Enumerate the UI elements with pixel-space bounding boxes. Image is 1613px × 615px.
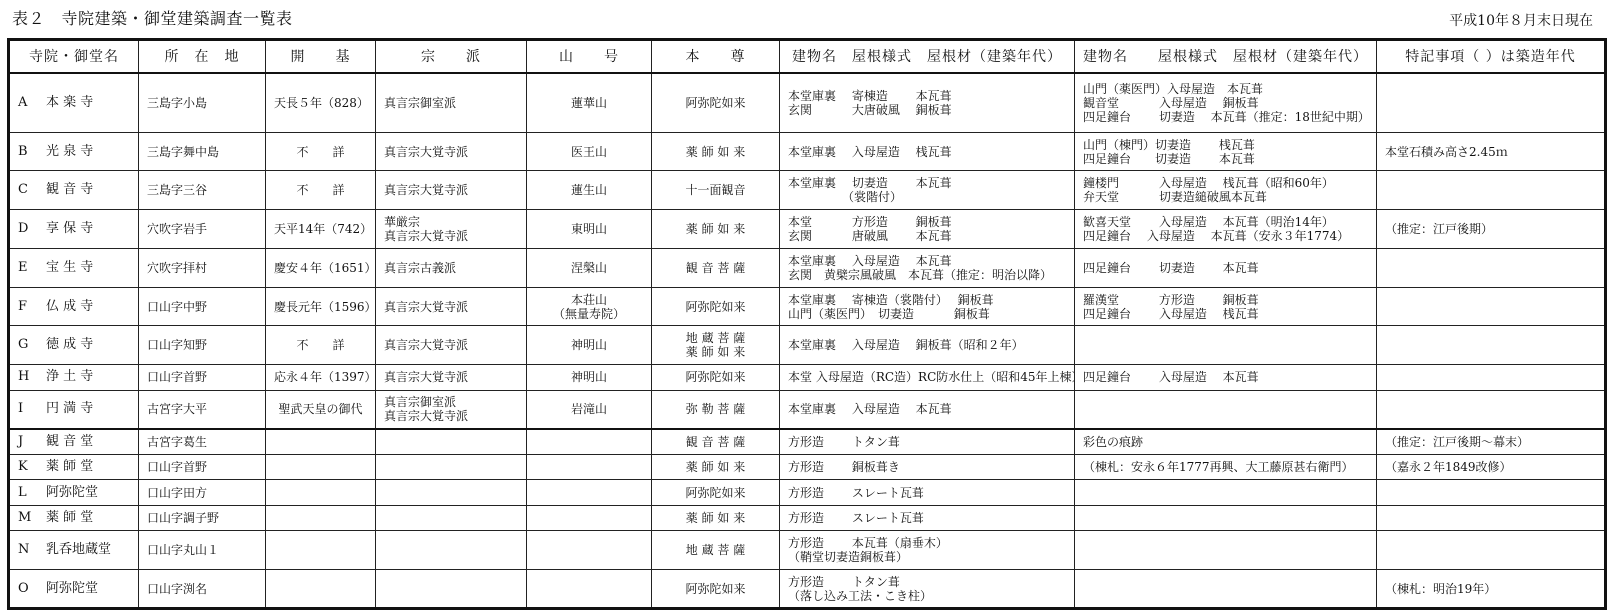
temple-letter: K xyxy=(18,460,46,474)
buildings-other-cell: 四足鐘台 切妻造 本瓦葺 xyxy=(1075,248,1377,287)
sango-cell: 涅槃山 xyxy=(527,248,652,287)
location-cell: 三島字小島 xyxy=(139,73,266,132)
temple-name: 阿弥陀堂 xyxy=(46,581,98,596)
header-honzon: 本 尊 xyxy=(652,40,780,74)
location-cell: 口山字首野 xyxy=(139,454,266,480)
founded-cell: 応永４年（1397） xyxy=(266,365,376,391)
notes-cell: （嘉永２年1849改修） xyxy=(1377,454,1606,480)
table-row: O阿弥陀堂口山字渕名阿弥陀如来方形造 トタン葺 （落し込み工法・こき柱）（棟札：… xyxy=(9,570,1606,609)
sango-cell: 蓮華山 xyxy=(527,73,652,132)
location-cell: 三島字三谷 xyxy=(139,171,266,210)
temple-name-cell: O阿弥陀堂 xyxy=(9,570,139,609)
notes-cell xyxy=(1377,287,1606,326)
buildings-other-cell: （棟札：安永６年1777再興、大工藤原甚右衛門） xyxy=(1075,454,1377,480)
buildings-other-cell: 山門（薬医門）入母屋造 本瓦葺 観音堂 入母屋造 銅板葺 四足鐘台 切妻造 本瓦… xyxy=(1075,73,1377,132)
sango-cell xyxy=(527,505,652,531)
sect-cell: 真言宗御室派 真言宗大覚寺派 xyxy=(376,390,527,429)
sect-cell: 華厳宗 真言宗大覚寺派 xyxy=(376,210,527,249)
notes-cell: 本堂石積み高さ2.45ｍ xyxy=(1377,132,1606,171)
buildings-other-cell xyxy=(1075,570,1377,609)
buildings-main-cell: 本堂庫裏 寄棟造 本瓦葺 玄関 大唐破風 銅板葺 xyxy=(780,73,1075,132)
founded-cell xyxy=(266,531,376,570)
as-of-date: 平成10年８月末日現在 xyxy=(1449,10,1593,30)
header-sango: 山 号 xyxy=(527,40,652,74)
location-cell: 口山字田方 xyxy=(139,480,266,506)
buildings-main-cell: 方形造 トタン葺 xyxy=(780,429,1075,455)
sect-cell xyxy=(376,480,527,506)
header-location: 所 在 地 xyxy=(139,40,266,74)
founded-cell xyxy=(266,480,376,506)
location-cell: 穴吹字岩手 xyxy=(139,210,266,249)
table-row: G徳 成 寺口山字知野不 詳真言宗大覚寺派神明山地 蔵 菩 薩 薬 師 如 来本… xyxy=(9,326,1606,365)
buildings-main-cell: 方形造 本瓦葺（扇垂木） （鞘堂切妻造銅板葺） xyxy=(780,531,1075,570)
table-row: N乳呑地蔵堂口山字丸山１地 蔵 菩 薩方形造 本瓦葺（扇垂木） （鞘堂切妻造銅板… xyxy=(9,531,1606,570)
buildings-main-cell: 方形造 銅板葺き xyxy=(780,454,1075,480)
header-notes: 特記事項（ ）は築造年代 xyxy=(1377,40,1606,74)
notes-cell xyxy=(1377,505,1606,531)
founded-cell: 慶長元年（1596） xyxy=(266,287,376,326)
honzon-cell: 観 音 菩 薩 xyxy=(652,248,780,287)
temple-name: 薬 師 堂 xyxy=(46,459,93,474)
buildings-main-cell: 方形造 スレート瓦葺 xyxy=(780,505,1075,531)
location-cell: 口山字首野 xyxy=(139,365,266,391)
temple-name-cell: N乳呑地蔵堂 xyxy=(9,531,139,570)
notes-cell xyxy=(1377,171,1606,210)
temple-name-cell: H浄 土 寺 xyxy=(9,365,139,391)
buildings-other-cell: 山門（棟門）切妻造 桟瓦葺 四足鐘台 切妻造 本瓦葺 xyxy=(1075,132,1377,171)
buildings-main-cell: 本堂庫裏 入母屋造 銅板葺（昭和２年） xyxy=(780,326,1075,365)
table-row: F仏 成 寺口山字中野慶長元年（1596）真言宗大覚寺派本荘山 （無量寿院）阿弥… xyxy=(9,287,1606,326)
sango-cell: 岩滝山 xyxy=(527,390,652,429)
temple-letter: F xyxy=(18,300,46,314)
buildings-other-cell xyxy=(1075,390,1377,429)
founded-cell xyxy=(266,570,376,609)
table-row: I円 満 寺古宮字大平聖武天皇の御代真言宗御室派 真言宗大覚寺派岩滝山弥 勒 菩… xyxy=(9,390,1606,429)
buildings-main-cell: 方形造 トタン葺 （落し込み工法・こき柱） xyxy=(780,570,1075,609)
buildings-main-cell: 本堂庫裏 入母屋造 桟瓦葺 xyxy=(780,132,1075,171)
temple-name: 仏 成 寺 xyxy=(46,299,93,314)
sango-cell: 神明山 xyxy=(527,365,652,391)
sango-cell xyxy=(527,454,652,480)
temple-letter: N xyxy=(18,543,46,557)
sango-cell xyxy=(527,480,652,506)
table-caption: 表２ 寺院建築・御堂建築調査一覧表 xyxy=(12,6,293,29)
honzon-cell: 弥 勒 菩 薩 xyxy=(652,390,780,429)
notes-cell xyxy=(1377,480,1606,506)
notes-cell: （推定：江戸後期） xyxy=(1377,210,1606,249)
temple-name-cell: F仏 成 寺 xyxy=(9,287,139,326)
sango-cell: 東明山 xyxy=(527,210,652,249)
table-row: K薬 師 堂口山字首野薬 師 如 来方形造 銅板葺き（棟札：安永６年1777再興… xyxy=(9,454,1606,480)
temple-name-cell: M薬 師 堂 xyxy=(9,505,139,531)
buildings-main-cell: 本堂 方形造 銅板葺 玄関 唐破風 本瓦葺 xyxy=(780,210,1075,249)
temple-name: 光 泉 寺 xyxy=(46,144,93,159)
header-sect: 宗 派 xyxy=(376,40,527,74)
temple-name: 観 音 寺 xyxy=(46,182,93,197)
temple-name-cell: I円 満 寺 xyxy=(9,390,139,429)
buildings-other-cell: 四足鐘台 入母屋造 本瓦葺 xyxy=(1075,365,1377,391)
location-cell: 古宮字葛生 xyxy=(139,429,266,455)
buildings-other-cell: 彩色の痕跡 xyxy=(1075,429,1377,455)
temple-letter: J xyxy=(18,435,46,449)
sect-cell xyxy=(376,454,527,480)
honzon-cell: 薬 師 如 来 xyxy=(652,132,780,171)
notes-cell xyxy=(1377,531,1606,570)
notes-cell xyxy=(1377,248,1606,287)
honzon-cell: 薬 師 如 来 xyxy=(652,210,780,249)
sect-cell: 真言宗大覚寺派 xyxy=(376,365,527,391)
temple-survey-table: 寺院・御堂名 所 在 地 開 基 宗 派 山 号 本 尊 建物名 屋根様式 屋根… xyxy=(7,38,1607,610)
temple-name: 本 楽 寺 xyxy=(46,95,93,110)
honzon-cell: 地 蔵 菩 薩 xyxy=(652,531,780,570)
notes-cell xyxy=(1377,326,1606,365)
founded-cell: 不 詳 xyxy=(266,132,376,171)
temple-name: 浄 土 寺 xyxy=(46,369,93,384)
founded-cell: 聖武天皇の御代 xyxy=(266,390,376,429)
honzon-cell: 阿弥陀如来 xyxy=(652,73,780,132)
sango-cell xyxy=(527,570,652,609)
founded-cell: 不 詳 xyxy=(266,326,376,365)
honzon-cell: 十一面観音 xyxy=(652,171,780,210)
honzon-cell: 薬 師 如 来 xyxy=(652,454,780,480)
temple-letter: E xyxy=(18,261,46,275)
location-cell: 三島字舞中島 xyxy=(139,132,266,171)
table-row: J観 音 堂古宮字葛生観 音 菩 薩方形造 トタン葺彩色の痕跡（推定：江戸後期～… xyxy=(9,429,1606,455)
sect-cell: 真言宗大覚寺派 xyxy=(376,326,527,365)
temple-letter: A xyxy=(18,96,46,110)
notes-cell: （推定：江戸後期～幕末） xyxy=(1377,429,1606,455)
table-row: M薬 師 堂口山字調子野薬 師 如 来方形造 スレート瓦葺 xyxy=(9,505,1606,531)
table-row: D享 保 寺穴吹字岩手天平14年（742）華厳宗 真言宗大覚寺派東明山薬 師 如… xyxy=(9,210,1606,249)
temple-letter: D xyxy=(18,222,46,236)
notes-cell xyxy=(1377,73,1606,132)
temple-name: 宝 生 寺 xyxy=(46,260,93,275)
header-temple-name: 寺院・御堂名 xyxy=(9,40,139,74)
notes-cell: （棟札：明治19年） xyxy=(1377,570,1606,609)
buildings-other-cell xyxy=(1075,505,1377,531)
location-cell: 古宮字大平 xyxy=(139,390,266,429)
honzon-cell: 薬 師 如 来 xyxy=(652,505,780,531)
sect-cell xyxy=(376,505,527,531)
buildings-other-cell: 歓喜天堂 入母屋造 本瓦葺（明治14年） 四足鐘台 入母屋造 本瓦葺（安永３年1… xyxy=(1075,210,1377,249)
buildings-other-cell: 羅漢堂 方形造 銅板葺 四足鐘台 入母屋造 桟瓦葺 xyxy=(1075,287,1377,326)
sect-cell xyxy=(376,570,527,609)
sect-cell: 真言宗大覚寺派 xyxy=(376,132,527,171)
temple-name: 観 音 堂 xyxy=(46,434,93,449)
table-row: L阿弥陀堂口山字田方阿弥陀如来方形造 スレート瓦葺 xyxy=(9,480,1606,506)
sect-cell: 真言宗御室派 xyxy=(376,73,527,132)
sango-cell: 蓮生山 xyxy=(527,171,652,210)
temple-letter: I xyxy=(18,402,46,416)
buildings-other-cell xyxy=(1075,531,1377,570)
header-buildings-main: 建物名 屋根様式 屋根材（建築年代） xyxy=(780,40,1075,74)
temple-name: 阿弥陀堂 xyxy=(46,485,98,500)
temple-name-cell: C観 音 寺 xyxy=(9,171,139,210)
buildings-other-cell: 鐘楼門 入母屋造 桟瓦葺（昭和60年） 弁天堂 切妻造縋破風本瓦葺 xyxy=(1075,171,1377,210)
temple-name: 円 満 寺 xyxy=(46,401,93,416)
header-row: 寺院・御堂名 所 在 地 開 基 宗 派 山 号 本 尊 建物名 屋根様式 屋根… xyxy=(9,40,1606,74)
table-row: H浄 土 寺口山字首野応永４年（1397）真言宗大覚寺派神明山阿弥陀如来本堂 入… xyxy=(9,365,1606,391)
notes-cell xyxy=(1377,390,1606,429)
table-row: B光 泉 寺三島字舞中島不 詳真言宗大覚寺派医王山薬 師 如 来本堂庫裏 入母屋… xyxy=(9,132,1606,171)
sango-cell xyxy=(527,429,652,455)
location-cell: 口山字丸山１ xyxy=(139,531,266,570)
location-cell: 穴吹字拝村 xyxy=(139,248,266,287)
sect-cell xyxy=(376,531,527,570)
header-buildings-other: 建物名 屋根様式 屋根材（建築年代） xyxy=(1075,40,1377,74)
founded-cell xyxy=(266,505,376,531)
buildings-main-cell: 本堂庫裏 入母屋造 本瓦葺 xyxy=(780,390,1075,429)
temple-name-cell: J観 音 堂 xyxy=(9,429,139,455)
temple-name-cell: E宝 生 寺 xyxy=(9,248,139,287)
temple-name-cell: G徳 成 寺 xyxy=(9,326,139,365)
table-row: A本 楽 寺三島字小島天長５年（828）真言宗御室派蓮華山阿弥陀如来本堂庫裏 寄… xyxy=(9,73,1606,132)
founded-cell: 天長５年（828） xyxy=(266,73,376,132)
honzon-cell: 阿弥陀如来 xyxy=(652,365,780,391)
header-founded: 開 基 xyxy=(266,40,376,74)
founded-cell xyxy=(266,429,376,455)
table-row: C観 音 寺三島字三谷不 詳真言宗大覚寺派蓮生山十一面観音本堂庫裏 切妻造 本瓦… xyxy=(9,171,1606,210)
founded-cell xyxy=(266,454,376,480)
honzon-cell: 観 音 菩 薩 xyxy=(652,429,780,455)
buildings-other-cell xyxy=(1075,326,1377,365)
buildings-main-cell: 本堂庫裏 入母屋造 本瓦葺 玄関 黄檗宗風破風 本瓦葺（推定：明治以降） xyxy=(780,248,1075,287)
founded-cell: 不 詳 xyxy=(266,171,376,210)
temple-letter: O xyxy=(18,582,46,596)
temple-letter: H xyxy=(18,370,46,384)
founded-cell: 天平14年（742） xyxy=(266,210,376,249)
buildings-other-cell xyxy=(1075,480,1377,506)
table-row: E宝 生 寺穴吹字拝村慶安４年（1651）真言宗古義派涅槃山観 音 菩 薩本堂庫… xyxy=(9,248,1606,287)
sect-cell: 真言宗大覚寺派 xyxy=(376,171,527,210)
location-cell: 口山字渕名 xyxy=(139,570,266,609)
temple-letter: G xyxy=(18,338,46,352)
notes-cell xyxy=(1377,365,1606,391)
buildings-main-cell: 方形造 スレート瓦葺 xyxy=(780,480,1075,506)
buildings-main-cell: 本堂庫裏 切妻造 本瓦葺 （裳階付） xyxy=(780,171,1075,210)
temple-letter: B xyxy=(18,145,46,159)
honzon-cell: 阿弥陀如来 xyxy=(652,480,780,506)
honzon-cell: 阿弥陀如来 xyxy=(652,287,780,326)
temple-letter: M xyxy=(18,511,46,525)
sango-cell: 本荘山 （無量寿院） xyxy=(527,287,652,326)
sect-cell: 真言宗古義派 xyxy=(376,248,527,287)
location-cell: 口山字中野 xyxy=(139,287,266,326)
temple-name-cell: B光 泉 寺 xyxy=(9,132,139,171)
temple-letter: L xyxy=(18,486,46,500)
location-cell: 口山字知野 xyxy=(139,326,266,365)
sango-cell xyxy=(527,531,652,570)
temple-letter: C xyxy=(18,183,46,197)
temple-name-cell: L阿弥陀堂 xyxy=(9,480,139,506)
sect-cell: 真言宗大覚寺派 xyxy=(376,287,527,326)
honzon-cell: 地 蔵 菩 薩 薬 師 如 来 xyxy=(652,326,780,365)
temple-name: 徳 成 寺 xyxy=(46,337,93,352)
temple-name-cell: D享 保 寺 xyxy=(9,210,139,249)
temple-name: 乳呑地蔵堂 xyxy=(46,542,111,557)
temple-name-cell: K薬 師 堂 xyxy=(9,454,139,480)
sango-cell: 神明山 xyxy=(527,326,652,365)
buildings-main-cell: 本堂庫裏 寄棟造（裳階付） 銅板葺 山門（薬医門） 切妻造 銅板葺 xyxy=(780,287,1075,326)
temple-name: 薬 師 堂 xyxy=(46,510,93,525)
temple-name-cell: A本 楽 寺 xyxy=(9,73,139,132)
location-cell: 口山字調子野 xyxy=(139,505,266,531)
temple-name: 享 保 寺 xyxy=(46,221,93,236)
sango-cell: 医王山 xyxy=(527,132,652,171)
buildings-main-cell: 本堂 入母屋造（RC造）RC防水仕上（昭和45年上棟） xyxy=(780,365,1075,391)
honzon-cell: 阿弥陀如来 xyxy=(652,570,780,609)
sect-cell xyxy=(376,429,527,455)
founded-cell: 慶安４年（1651） xyxy=(266,248,376,287)
